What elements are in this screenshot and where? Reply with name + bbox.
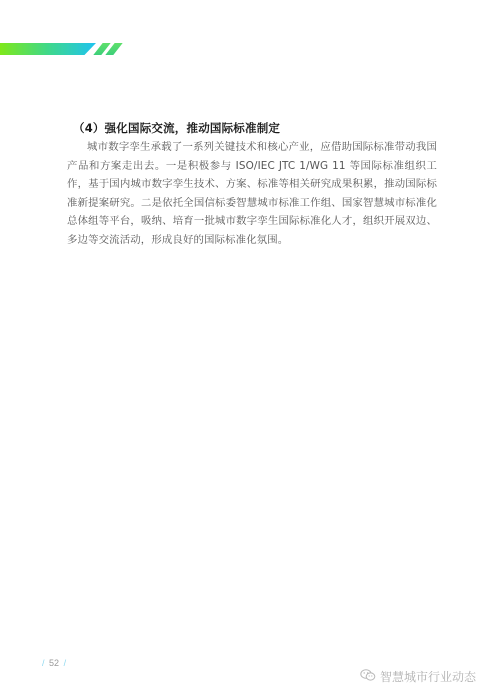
watermark-text: 智慧城市行业动态 (380, 668, 476, 685)
page-number-value: 52 (49, 658, 59, 668)
section-paragraph: 城市数字孪生承载了一系列关键技术和核心产业，应借助国际标准带动我国产品和方案走出… (67, 138, 437, 249)
page-number-slash-right: / (64, 658, 67, 668)
watermark: 智慧城市行业动态 (360, 668, 476, 685)
wechat-icon (360, 668, 376, 685)
section-heading: （4）强化国际交流，推动国际标准制定 (67, 119, 437, 137)
section-content: （4）强化国际交流，推动国际标准制定 城市数字孪生承载了一系列关键技术和核心产业… (67, 119, 437, 249)
header-accent-bar (0, 43, 96, 55)
page-number-slash-left: / (42, 658, 45, 668)
page-number: / 52 / (40, 658, 68, 668)
